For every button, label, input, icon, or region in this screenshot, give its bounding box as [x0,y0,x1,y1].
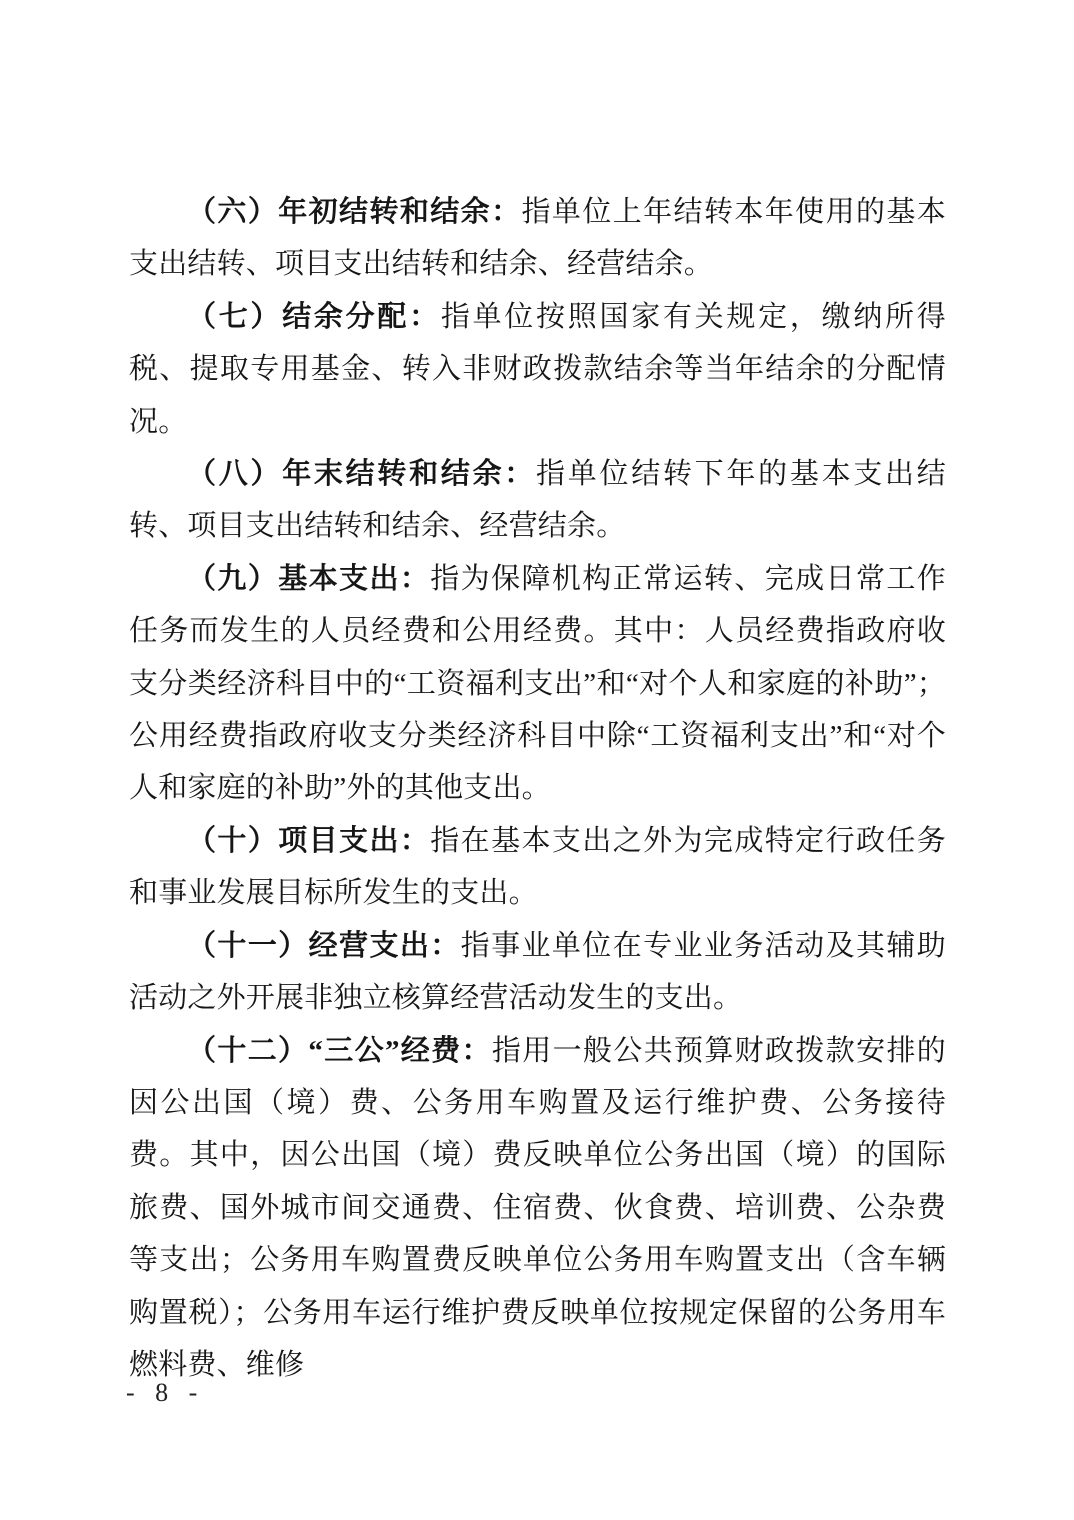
page-number: - 8 - [126,1378,204,1408]
paragraph-9-text: 指为保障机构正常运转、完成日常工作任务而发生的人员经费和公用经费。其中：人员经费… [129,563,946,805]
paragraph-8-heading: （八）年末结转和结余： [187,458,536,490]
paragraph-12: （十二）“三公”经费：指用一般公共预算财政拨款安排的因公出国（境）费、公务用车购… [129,1025,946,1392]
paragraph-10-heading: （十）项目支出： [187,825,430,857]
paragraph-10: （十）项目支出：指在基本支出之外为完成特定行政任务和事业发展目标所发生的支出。 [129,815,946,920]
paragraph-6: （六）年初结转和结余：指单位上年结转本年使用的基本支出结转、项目支出结转和结余、… [129,186,946,291]
paragraph-8: （八）年末结转和结余：指单位结转下年的基本支出结转、项目支出结转和结余、经营结余… [129,448,946,553]
paragraph-6-heading: （六）年初结转和结余： [187,196,522,228]
paragraph-7-heading: （七）结余分配： [187,301,441,333]
paragraph-11-heading: （十一）经营支出： [187,930,461,962]
paragraph-12-text: 指用一般公共预算财政拨款安排的因公出国（境）费、公务用车购置及运行维护费、公务接… [129,1035,946,1381]
document-page: （六）年初结转和结余：指单位上年结转本年使用的基本支出结转、项目支出结转和结余、… [0,0,1074,1520]
paragraph-9-heading: （九）基本支出： [187,563,430,595]
paragraph-11: （十一）经营支出：指事业单位在专业业务活动及其辅助活动之外开展非独立核算经营活动… [129,920,946,1025]
paragraph-9: （九）基本支出：指为保障机构正常运转、完成日常工作任务而发生的人员经费和公用经费… [129,553,946,815]
document-body: （六）年初结转和结余：指单位上年结转本年使用的基本支出结转、项目支出结转和结余、… [129,186,946,1391]
paragraph-12-heading: （十二）“三公”经费： [187,1035,492,1067]
paragraph-7: （七）结余分配：指单位按照国家有关规定，缴纳所得税、提取专用基金、转入非财政拨款… [129,291,946,448]
